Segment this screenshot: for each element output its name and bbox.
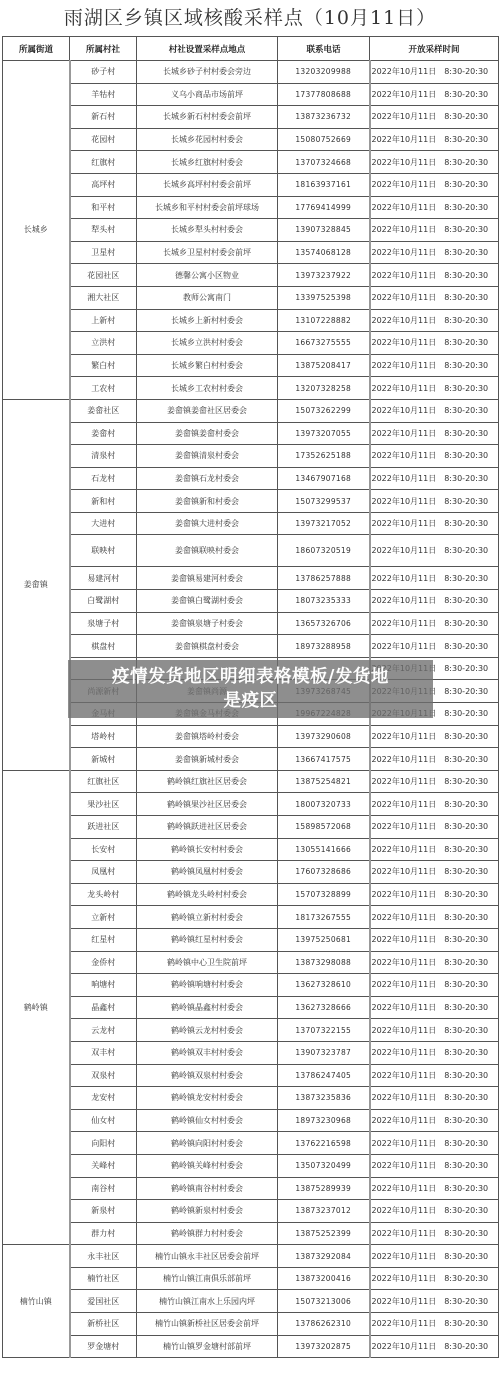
time-cell: 2022年10月11日 8:30-20:30 (370, 151, 499, 174)
village-cell: 易建河村 (70, 567, 137, 590)
table-row: 双泉村鹤岭镇双泉村村委会137862474052022年10月11日 8:30-… (3, 1064, 499, 1087)
phone-cell: 13762216598 (278, 1132, 370, 1155)
village-cell: 龙安村 (70, 1087, 137, 1110)
time-cell: 2022年10月11日 8:30-20:30 (370, 173, 499, 196)
table-row: 跃进社区鹤岭镇跃进社区居委会158985720682022年10月11日 8:3… (3, 816, 499, 839)
time-cell: 2022年10月11日 8:30-20:30 (370, 61, 499, 84)
phone-cell: 15073299537 (278, 490, 370, 513)
time-cell: 2022年10月11日 8:30-20:30 (370, 512, 499, 535)
village-cell: 新泉村 (70, 1200, 137, 1223)
phone-cell: 13203209988 (278, 61, 370, 84)
village-cell: 红旗社区 (70, 770, 137, 793)
village-cell: 红星村 (70, 928, 137, 951)
location-cell: 姜畲镇新城村委会 (137, 748, 278, 771)
location-cell: 鹤岭镇凤凰村村委会 (137, 861, 278, 884)
village-cell: 砂子村 (70, 61, 137, 84)
table-row: 双丰村鹤岭镇双丰村村委会139073237872022年10月11日 8:30-… (3, 1041, 499, 1064)
town-cell: 鹤岭镇 (3, 770, 70, 1244)
location-cell: 长城乡花园村村委会 (137, 128, 278, 151)
location-cell: 姜畲镇新和村委会 (137, 490, 278, 513)
location-cell: 楠竹山镇永丰社区居委会前坪 (137, 1245, 278, 1268)
time-cell: 2022年10月11日 8:30-20:30 (370, 422, 499, 445)
village-cell: 立洪村 (70, 332, 137, 355)
village-cell: 卫星村 (70, 241, 137, 264)
village-cell: 犁头村 (70, 219, 137, 242)
location-cell: 姜畲镇清泉村委会 (137, 445, 278, 468)
table-row: 新桥社区楠竹山镇新桥社区居委会前坪137862623102022年10月11日 … (3, 1313, 499, 1336)
table-row: 晶鑫村鹤岭镇晶鑫村村委会136273286662022年10月11日 8:30-… (3, 996, 499, 1019)
table-row: 立新村鹤岭镇立新村村委会181732675552022年10月11日 8:30-… (3, 906, 499, 929)
location-cell: 鹤岭镇龙安村村委会 (137, 1087, 278, 1110)
table-row: 长安村鹤岭镇长安村村委会130551416662022年10月11日 8:30-… (3, 838, 499, 861)
village-cell: 凤凰村 (70, 861, 137, 884)
village-cell: 群力村 (70, 1222, 137, 1245)
table-row: 繁白村长城乡繁白村村委会138752084172022年10月11日 8:30-… (3, 354, 499, 377)
phone-cell: 13107228882 (278, 309, 370, 332)
village-cell: 龙头岭村 (70, 883, 137, 906)
location-cell: 姜畲镇石龙村委会 (137, 467, 278, 490)
village-cell: 向阳村 (70, 1132, 137, 1155)
time-cell: 2022年10月11日 8:30-20:30 (370, 83, 499, 106)
location-cell: 鹤岭镇南谷村村委会 (137, 1177, 278, 1200)
village-cell: 湘大社区 (70, 286, 137, 309)
time-cell: 2022年10月11日 8:30-20:30 (370, 445, 499, 468)
phone-cell: 13973202875 (278, 1335, 370, 1358)
village-cell: 清泉村 (70, 445, 137, 468)
location-cell: 长城乡立洪村村委会 (137, 332, 278, 355)
village-cell: 永丰社区 (70, 1245, 137, 1268)
table-row: 和平村长城乡和平村村委会前坪球场177694149992022年10月11日 8… (3, 196, 499, 219)
time-cell: 2022年10月11日 8:30-20:30 (370, 1132, 499, 1155)
location-cell: 长城乡高坪村村委会前坪 (137, 173, 278, 196)
table-row: 新和村姜畲镇新和村委会150732995372022年10月11日 8:30-2… (3, 490, 499, 513)
table-row: 棋盘村姜畲镇棋盘村委会189732889582022年10月11日 8:30-2… (3, 635, 499, 658)
time-cell: 2022年10月11日 8:30-20:30 (370, 490, 499, 513)
location-cell: 鹤岭镇关峰村村委会 (137, 1154, 278, 1177)
location-cell: 义乌小商品市场前坪 (137, 83, 278, 106)
overlay-line-2: 是疫区 (68, 689, 433, 713)
time-cell: 2022年10月11日 8:30-20:30 (370, 883, 499, 906)
location-cell: 长城乡上新村村委会 (137, 309, 278, 332)
village-cell: 泉塘子村 (70, 612, 137, 635)
time-cell: 2022年10月11日 8:30-20:30 (370, 951, 499, 974)
time-cell: 2022年10月11日 8:30-20:30 (370, 399, 499, 422)
table-row: 花园村长城乡花园村村委会150807526692022年10月11日 8:30-… (3, 128, 499, 151)
table-row: 仙女村鹤岭镇仙女村村委会189732309682022年10月11日 8:30-… (3, 1109, 499, 1132)
location-cell: 长城乡繁白村村委会 (137, 354, 278, 377)
location-cell: 鹤岭镇云龙村村委会 (137, 1019, 278, 1042)
table-row: 联映村姜畲镇联映村委会186073205192022年10月11日 8:30-2… (3, 535, 499, 567)
phone-cell: 17352625188 (278, 445, 370, 468)
village-cell: 高坪村 (70, 173, 137, 196)
phone-cell: 18973230968 (278, 1109, 370, 1132)
table-row: 向阳村鹤岭镇向阳村村委会137622165982022年10月11日 8:30-… (3, 1132, 499, 1155)
header-location: 村社设置采样点地点 (137, 37, 278, 61)
village-cell: 和平村 (70, 196, 137, 219)
table-row: 卫星村长城乡卫星村村委会前坪135740681282022年10月11日 8:3… (3, 241, 499, 264)
phone-cell: 16673275555 (278, 332, 370, 355)
table-row: 姜畲镇姜畲社区姜畲镇姜畲社区居委会150732622992022年10月11日 … (3, 399, 499, 422)
phone-cell: 13973207055 (278, 422, 370, 445)
table-row: 红旗村长城乡红旗村村委会137073246682022年10月11日 8:30-… (3, 151, 499, 174)
overlay-banner: 疫情发货地区明细表格模板/发货地 是疫区 (68, 660, 433, 718)
phone-cell: 15898572068 (278, 816, 370, 839)
table-row: 白鹭湖村姜畲镇白鹭湖村委会180732353332022年10月11日 8:30… (3, 590, 499, 613)
town-cell: 楠竹山镇 (3, 1245, 70, 1358)
time-cell: 2022年10月11日 8:30-20:30 (370, 241, 499, 264)
time-cell: 2022年10月11日 8:30-20:30 (370, 1154, 499, 1177)
location-cell: 鹤岭镇中心卫生院前坪 (137, 951, 278, 974)
phone-cell: 13786257888 (278, 567, 370, 590)
time-cell: 2022年10月11日 8:30-20:30 (370, 1313, 499, 1336)
time-cell: 2022年10月11日 8:30-20:30 (370, 1335, 499, 1358)
phone-cell: 13907328845 (278, 219, 370, 242)
time-cell: 2022年10月11日 8:30-20:30 (370, 1200, 499, 1223)
village-cell: 大进村 (70, 512, 137, 535)
phone-cell: 18007320733 (278, 793, 370, 816)
time-cell: 2022年10月11日 8:30-20:30 (370, 128, 499, 151)
table-row: 新城村姜畲镇新城村委会136674175752022年10月11日 8:30-2… (3, 748, 499, 771)
village-cell: 塔岭村 (70, 725, 137, 748)
table-row: 群力村鹤岭镇群力村村委会138752523992022年10月11日 8:30-… (3, 1222, 499, 1245)
table-row: 清泉村姜畲镇清泉村委会173526251882022年10月11日 8:30-2… (3, 445, 499, 468)
table-row: 犁头村长城乡犁头村村委会139073288452022年10月11日 8:30-… (3, 219, 499, 242)
phone-cell: 18973288958 (278, 635, 370, 658)
village-cell: 新城村 (70, 748, 137, 771)
village-cell: 姜畲村 (70, 422, 137, 445)
location-cell: 鹤岭镇双丰村村委会 (137, 1041, 278, 1064)
table-row: 上新村长城乡上新村村委会131072288822022年10月11日 8:30-… (3, 309, 499, 332)
table-row: 姜畲村姜畲镇姜畲村委会139732070552022年10月11日 8:30-2… (3, 422, 499, 445)
time-cell: 2022年10月11日 8:30-20:30 (370, 748, 499, 771)
phone-cell: 13667417575 (278, 748, 370, 771)
table-row: 云龙村鹤岭镇云龙村村委会137073221552022年10月11日 8:30-… (3, 1019, 499, 1042)
page-title: 雨湖区乡镇区域核酸采样点（10月11日） (0, 0, 500, 36)
table-row: 爱国社区楠竹山镇江南水上乐园内坪150732130062022年10月11日 8… (3, 1290, 499, 1313)
time-cell: 2022年10月11日 8:30-20:30 (370, 1222, 499, 1245)
village-cell: 云龙村 (70, 1019, 137, 1042)
location-cell: 鹤岭镇晶鑫村村委会 (137, 996, 278, 1019)
phone-cell: 13973237922 (278, 264, 370, 287)
location-cell: 姜畲镇白鹭湖村委会 (137, 590, 278, 613)
location-cell: 长城乡卫星村村委会前坪 (137, 241, 278, 264)
phone-cell: 13507320499 (278, 1154, 370, 1177)
table-row: 湘大社区教师公寓南门133975253982022年10月11日 8:30-20… (3, 286, 499, 309)
overlay-line-1: 疫情发货地区明细表格模板/发货地 (68, 665, 433, 689)
time-cell: 2022年10月11日 8:30-20:30 (370, 567, 499, 590)
phone-cell: 13875208417 (278, 354, 370, 377)
table-row: 龙头岭村鹤岭镇龙头岭村村委会157073288992022年10月11日 8:3… (3, 883, 499, 906)
phone-cell: 17607328686 (278, 861, 370, 884)
location-cell: 鹤岭镇跃进社区居委会 (137, 816, 278, 839)
table-row: 羊牯村义乌小商品市场前坪173778086882022年10月11日 8:30-… (3, 83, 499, 106)
table-row: 凤凰村鹤岭镇凤凰村村委会176073286862022年10月11日 8:30-… (3, 861, 499, 884)
phone-cell: 15073262299 (278, 399, 370, 422)
table-row: 大进村姜畲镇大进村委会139732170522022年10月11日 8:30-2… (3, 512, 499, 535)
phone-cell: 13875254821 (278, 770, 370, 793)
header-time: 开放采样时间 (370, 37, 499, 61)
location-cell: 长城乡红旗村村委会 (137, 151, 278, 174)
location-cell: 长城乡新石村村委会前坪 (137, 106, 278, 129)
time-cell: 2022年10月11日 8:30-20:30 (370, 1109, 499, 1132)
village-cell: 立新村 (70, 906, 137, 929)
village-cell: 双丰村 (70, 1041, 137, 1064)
phone-cell: 17769414999 (278, 196, 370, 219)
village-cell: 繁白村 (70, 354, 137, 377)
time-cell: 2022年10月11日 8:30-20:30 (370, 590, 499, 613)
phone-cell: 13973290608 (278, 725, 370, 748)
phone-cell: 13873298088 (278, 951, 370, 974)
phone-cell: 13574068128 (278, 241, 370, 264)
phone-cell: 13875252399 (278, 1222, 370, 1245)
table-row: 新石村长城乡新石村村委会前坪138732367322022年10月11日 8:3… (3, 106, 499, 129)
phone-cell: 13786247405 (278, 1064, 370, 1087)
time-cell: 2022年10月11日 8:30-20:30 (370, 332, 499, 355)
location-cell: 鹤岭镇双泉村村委会 (137, 1064, 278, 1087)
time-cell: 2022年10月11日 8:30-20:30 (370, 906, 499, 929)
village-cell: 果沙社区 (70, 793, 137, 816)
village-cell: 晶鑫村 (70, 996, 137, 1019)
village-cell: 双泉村 (70, 1064, 137, 1087)
time-cell: 2022年10月11日 8:30-20:30 (370, 309, 499, 332)
phone-cell: 13397525398 (278, 286, 370, 309)
location-cell: 鹤岭镇新泉村村委会 (137, 1200, 278, 1223)
town-cell: 姜畲镇 (3, 399, 70, 770)
table-row: 关峰村鹤岭镇关峰村村委会135073204992022年10月11日 8:30-… (3, 1154, 499, 1177)
village-cell: 金侨村 (70, 951, 137, 974)
location-cell: 长城乡砂子村村委会旁边 (137, 61, 278, 84)
phone-cell: 13627328610 (278, 974, 370, 997)
location-cell: 姜畲镇泉塘子村委会 (137, 612, 278, 635)
header-village: 所属村社 (70, 37, 137, 61)
phone-cell: 13467907168 (278, 467, 370, 490)
table-row: 楠竹社区楠竹山镇江南俱乐部前坪138732004162022年10月11日 8:… (3, 1267, 499, 1290)
location-cell: 鹤岭镇龙头岭村村委会 (137, 883, 278, 906)
town-cell: 长城乡 (3, 61, 70, 400)
time-cell: 2022年10月11日 8:30-20:30 (370, 1245, 499, 1268)
time-cell: 2022年10月11日 8:30-20:30 (370, 635, 499, 658)
location-cell: 姜畲镇易建河村委会 (137, 567, 278, 590)
time-cell: 2022年10月11日 8:30-20:30 (370, 793, 499, 816)
header-town: 所属街道 (3, 37, 70, 61)
phone-cell: 13873235836 (278, 1087, 370, 1110)
village-cell: 姜畲社区 (70, 399, 137, 422)
village-cell: 响塘村 (70, 974, 137, 997)
location-cell: 鹤岭镇立新村村委会 (137, 906, 278, 929)
table-row: 易建河村姜畲镇易建河村委会137862578882022年10月11日 8:30… (3, 567, 499, 590)
location-cell: 鹤岭镇红星村村委会 (137, 928, 278, 951)
location-cell: 长城乡工农村村委会 (137, 377, 278, 400)
table-row: 金侨村鹤岭镇中心卫生院前坪138732980882022年10月11日 8:30… (3, 951, 499, 974)
location-cell: 鹤岭镇红旗社区居委会 (137, 770, 278, 793)
table-header-row: 所属街道 所属村社 村社设置采样点地点 联系电话 开放采样时间 (3, 37, 499, 61)
header-phone: 联系电话 (278, 37, 370, 61)
time-cell: 2022年10月11日 8:30-20:30 (370, 816, 499, 839)
time-cell: 2022年10月11日 8:30-20:30 (370, 1177, 499, 1200)
phone-cell: 13207328258 (278, 377, 370, 400)
location-cell: 姜畲镇姜畲村委会 (137, 422, 278, 445)
phone-cell: 13627328666 (278, 996, 370, 1019)
table-row: 新泉村鹤岭镇新泉村村委会138732370122022年10月11日 8:30-… (3, 1200, 499, 1223)
table-row: 果沙社区鹤岭镇果沙社区居委会180073207332022年10月11日 8:3… (3, 793, 499, 816)
phone-cell: 15073213006 (278, 1290, 370, 1313)
village-cell: 仙女村 (70, 1109, 137, 1132)
village-cell: 关峰村 (70, 1154, 137, 1177)
phone-cell: 13975250681 (278, 928, 370, 951)
time-cell: 2022年10月11日 8:30-20:30 (370, 838, 499, 861)
phone-cell: 13907323787 (278, 1041, 370, 1064)
phone-cell: 15707328899 (278, 883, 370, 906)
table-row: 红星村鹤岭镇红星村村委会139752506812022年10月11日 8:30-… (3, 928, 499, 951)
phone-cell: 13873236732 (278, 106, 370, 129)
location-cell: 姜畲镇姜畲社区居委会 (137, 399, 278, 422)
village-cell: 新和村 (70, 490, 137, 513)
phone-cell: 18073235333 (278, 590, 370, 613)
table-row: 花园社区德馨公寓小区物业139732379222022年10月11日 8:30-… (3, 264, 499, 287)
phone-cell: 18607320519 (278, 535, 370, 567)
time-cell: 2022年10月11日 8:30-20:30 (370, 1064, 499, 1087)
table-row: 工农村长城乡工农村村委会132073282582022年10月11日 8:30-… (3, 377, 499, 400)
village-cell: 白鹭湖村 (70, 590, 137, 613)
location-cell: 楠竹山镇江南水上乐园内坪 (137, 1290, 278, 1313)
phone-cell: 13875289939 (278, 1177, 370, 1200)
village-cell: 红旗村 (70, 151, 137, 174)
table-row: 石龙村姜畲镇石龙村委会134679071682022年10月11日 8:30-2… (3, 467, 499, 490)
table-row: 龙安村鹤岭镇龙安村村委会138732358362022年10月11日 8:30-… (3, 1087, 499, 1110)
location-cell: 德馨公寓小区物业 (137, 264, 278, 287)
time-cell: 2022年10月11日 8:30-20:30 (370, 861, 499, 884)
phone-cell: 13873237012 (278, 1200, 370, 1223)
table-row: 楠竹山镇永丰社区楠竹山镇永丰社区居委会前坪138732920842022年10月… (3, 1245, 499, 1268)
table-row: 长城乡砂子村长城乡砂子村村委会旁边132032099882022年10月11日 … (3, 61, 499, 84)
time-cell: 2022年10月11日 8:30-20:30 (370, 1290, 499, 1313)
location-cell: 楠竹山镇罗金塘村部前坪 (137, 1335, 278, 1358)
table-row: 高坪村长城乡高坪村村委会前坪181639371612022年10月11日 8:3… (3, 173, 499, 196)
village-cell: 花园社区 (70, 264, 137, 287)
time-cell: 2022年10月11日 8:30-20:30 (370, 1267, 499, 1290)
village-cell: 棋盘村 (70, 635, 137, 658)
table-row: 罗金塘村楠竹山镇罗金塘村部前坪139732028752022年10月11日 8:… (3, 1335, 499, 1358)
village-cell: 联映村 (70, 535, 137, 567)
village-cell: 新石村 (70, 106, 137, 129)
village-cell: 长安村 (70, 838, 137, 861)
phone-cell: 15080752669 (278, 128, 370, 151)
phone-cell: 13707324668 (278, 151, 370, 174)
location-cell: 姜畲镇塔岭村委会 (137, 725, 278, 748)
phone-cell: 18163937161 (278, 173, 370, 196)
village-cell: 羊牯村 (70, 83, 137, 106)
table-row: 响塘村鹤岭镇响塘村村委会136273286102022年10月11日 8:30-… (3, 974, 499, 997)
time-cell: 2022年10月11日 8:30-20:30 (370, 1087, 499, 1110)
time-cell: 2022年10月11日 8:30-20:30 (370, 974, 499, 997)
village-cell: 跃进社区 (70, 816, 137, 839)
location-cell: 楠竹山镇新桥社区居委会前坪 (137, 1313, 278, 1336)
time-cell: 2022年10月11日 8:30-20:30 (370, 770, 499, 793)
location-cell: 长城乡犁头村村委会 (137, 219, 278, 242)
time-cell: 2022年10月11日 8:30-20:30 (370, 1041, 499, 1064)
time-cell: 2022年10月11日 8:30-20:30 (370, 467, 499, 490)
village-cell: 花园村 (70, 128, 137, 151)
time-cell: 2022年10月11日 8:30-20:30 (370, 286, 499, 309)
location-cell: 长城乡和平村村委会前坪球场 (137, 196, 278, 219)
time-cell: 2022年10月11日 8:30-20:30 (370, 725, 499, 748)
location-cell: 鹤岭镇果沙社区居委会 (137, 793, 278, 816)
village-cell: 上新村 (70, 309, 137, 332)
phone-cell: 13657326706 (278, 612, 370, 635)
time-cell: 2022年10月11日 8:30-20:30 (370, 535, 499, 567)
village-cell: 楠竹社区 (70, 1267, 137, 1290)
time-cell: 2022年10月11日 8:30-20:30 (370, 377, 499, 400)
phone-cell: 18173267555 (278, 906, 370, 929)
table-row: 泉塘子村姜畲镇泉塘子村委会136573267062022年10月11日 8:30… (3, 612, 499, 635)
time-cell: 2022年10月11日 8:30-20:30 (370, 1019, 499, 1042)
time-cell: 2022年10月11日 8:30-20:30 (370, 106, 499, 129)
phone-cell: 13786262310 (278, 1313, 370, 1336)
time-cell: 2022年10月11日 8:30-20:30 (370, 354, 499, 377)
village-cell: 南谷村 (70, 1177, 137, 1200)
phone-cell: 13873200416 (278, 1267, 370, 1290)
phone-cell: 13055141666 (278, 838, 370, 861)
phone-cell: 13973217052 (278, 512, 370, 535)
time-cell: 2022年10月11日 8:30-20:30 (370, 196, 499, 219)
village-cell: 爱国社区 (70, 1290, 137, 1313)
village-cell: 石龙村 (70, 467, 137, 490)
time-cell: 2022年10月11日 8:30-20:30 (370, 928, 499, 951)
phone-cell: 17377808688 (278, 83, 370, 106)
village-cell: 新桥社区 (70, 1313, 137, 1336)
table-row: 南谷村鹤岭镇南谷村村委会138752899392022年10月11日 8:30-… (3, 1177, 499, 1200)
location-cell: 鹤岭镇仙女村村委会 (137, 1109, 278, 1132)
table-row: 塔岭村姜畲镇塔岭村委会139732906082022年10月11日 8:30-2… (3, 725, 499, 748)
time-cell: 2022年10月11日 8:30-20:30 (370, 612, 499, 635)
location-cell: 楠竹山镇江南俱乐部前坪 (137, 1267, 278, 1290)
location-cell: 教师公寓南门 (137, 286, 278, 309)
time-cell: 2022年10月11日 8:30-20:30 (370, 264, 499, 287)
phone-cell: 13707322155 (278, 1019, 370, 1042)
phone-cell: 13873292084 (278, 1245, 370, 1268)
location-cell: 姜畲镇棋盘村委会 (137, 635, 278, 658)
location-cell: 姜畲镇大进村委会 (137, 512, 278, 535)
location-cell: 鹤岭镇向阳村村委会 (137, 1132, 278, 1155)
location-cell: 鹤岭镇群力村村委会 (137, 1222, 278, 1245)
location-cell: 姜畲镇联映村委会 (137, 535, 278, 567)
table-row: 鹤岭镇红旗社区鹤岭镇红旗社区居委会138752548212022年10月11日 … (3, 770, 499, 793)
location-cell: 鹤岭镇长安村村委会 (137, 838, 278, 861)
time-cell: 2022年10月11日 8:30-20:30 (370, 219, 499, 242)
location-cell: 鹤岭镇响塘村村委会 (137, 974, 278, 997)
village-cell: 工农村 (70, 377, 137, 400)
village-cell: 罗金塘村 (70, 1335, 137, 1358)
table-row: 立洪村长城乡立洪村村委会166732755552022年10月11日 8:30-… (3, 332, 499, 355)
time-cell: 2022年10月11日 8:30-20:30 (370, 996, 499, 1019)
